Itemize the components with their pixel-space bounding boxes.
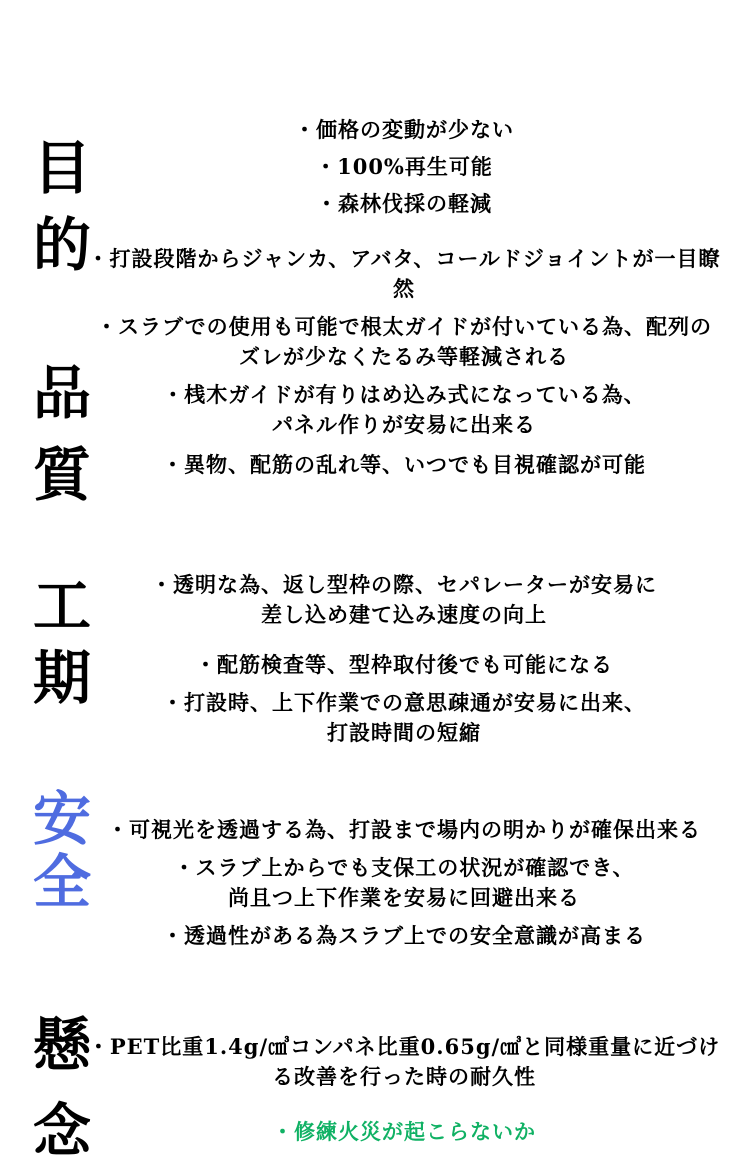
bullet-line: ・価格の変動が少ない	[80, 115, 728, 145]
bullet-line: ・透過性がある為スラブ上での安全意識が高まる	[80, 921, 728, 951]
bullet-item: ・打設時、上下作業での意思疎通が安易に出来、 打設時間の短縮	[80, 688, 728, 748]
bullet-item: ・透過性がある為スラブ上での安全意識が高まる	[80, 921, 728, 951]
bullet-item: ・100%再生可能	[80, 152, 728, 182]
section-content-purpose: ・価格の変動が少ない ・100%再生可能 ・森林伐採の軽減 ・打設段階からジャン…	[80, 115, 728, 372]
bullet-line: ・100%再生可能	[80, 152, 728, 182]
bullet-line: ・配筋検査等、型枠取付後でも可能になる	[80, 650, 728, 680]
bullet-line: ・異物、配筋の乱れ等、いつでも目視確認が可能	[80, 450, 728, 480]
bullet-line: ・可視光を透過する為、打設まで場内の明かりが確保出来る	[80, 815, 728, 845]
bullet-line: ・修練火災が起こらないか	[80, 1117, 728, 1147]
bullet-item: ・桟木ガイドが有りはめ込み式になっている為、 パネル作りが安易に出来る	[80, 380, 728, 440]
bullet-item: ・打設段階からジャンカ、アバタ、コールドジョイントが一目瞭然	[80, 244, 728, 304]
bullet-item: ・スラブ上からでも支保工の状況が確認でき、 尚且つ上下作業を安易に回避出来る	[80, 853, 728, 913]
bullet-item: ・スラブでの使用も可能で根太ガイドが付いている為、配列の ズレが少なくたるみ等軽…	[80, 312, 728, 372]
bullet-line: ・透明な為、返し型枠の際、セパレーターが安易に	[80, 570, 728, 600]
bullet-line: る改善を行った時の耐久性	[80, 1062, 728, 1092]
section-content-safety: ・可視光を透過する為、打設まで場内の明かりが確保出来る ・スラブ上からでも支保工…	[80, 815, 728, 951]
bullet-item: ・可視光を透過する為、打設まで場内の明かりが確保出来る	[80, 815, 728, 845]
bullet-item: ・異物、配筋の乱れ等、いつでも目視確認が可能	[80, 450, 728, 480]
section-content-concerns: ・PET比重1.4g/㎤コンパネ比重0.65g/㎤と同様重量に近づけ る改善を行…	[80, 1032, 728, 1147]
bullet-line: ・打設時、上下作業での意思疎通が安易に出来、	[80, 688, 728, 718]
bullet-item: ・森林伐採の軽減	[80, 189, 728, 219]
bullet-line: ・打設段階からジャンカ、アバタ、コールドジョイントが一目瞭然	[80, 244, 728, 304]
bullet-line: ズレが少なくたるみ等軽減される	[80, 342, 728, 372]
bullet-item: ・透明な為、返し型枠の際、セパレーターが安易に 差し込め建て込み速度の向上	[80, 570, 728, 630]
bullet-line: ・森林伐採の軽減	[80, 189, 728, 219]
page: 目 的 ・価格の変動が少ない ・100%再生可能 ・森林伐採の軽減 ・打設段階か…	[0, 0, 736, 1174]
bullet-line: 差し込め建て込み速度の向上	[80, 600, 728, 630]
bullet-line: ・スラブでの使用も可能で根太ガイドが付いている為、配列の	[80, 312, 728, 342]
bullet-line: ・スラブ上からでも支保工の状況が確認でき、	[80, 853, 728, 883]
bullet-line: 尚且つ上下作業を安易に回避出来る	[80, 883, 728, 913]
section-content-quality: ・桟木ガイドが有りはめ込み式になっている為、 パネル作りが安易に出来る ・異物、…	[80, 380, 728, 480]
bullet-item: ・PET比重1.4g/㎤コンパネ比重0.65g/㎤と同様重量に近づけ る改善を行…	[80, 1032, 728, 1092]
bullet-line: ・桟木ガイドが有りはめ込み式になっている為、	[80, 380, 728, 410]
bullet-line: パネル作りが安易に出来る	[80, 410, 728, 440]
bullet-line: ・PET比重1.4g/㎤コンパネ比重0.65g/㎤と同様重量に近づけ	[80, 1032, 728, 1062]
bullet-item: ・価格の変動が少ない	[80, 115, 728, 145]
bullet-line: 打設時間の短縮	[80, 718, 728, 748]
bullet-item: ・修練火災が起こらないか	[80, 1117, 728, 1147]
bullet-item: ・配筋検査等、型枠取付後でも可能になる	[80, 650, 728, 680]
section-content-schedule: ・透明な為、返し型枠の際、セパレーターが安易に 差し込め建て込み速度の向上 ・配…	[80, 570, 728, 748]
